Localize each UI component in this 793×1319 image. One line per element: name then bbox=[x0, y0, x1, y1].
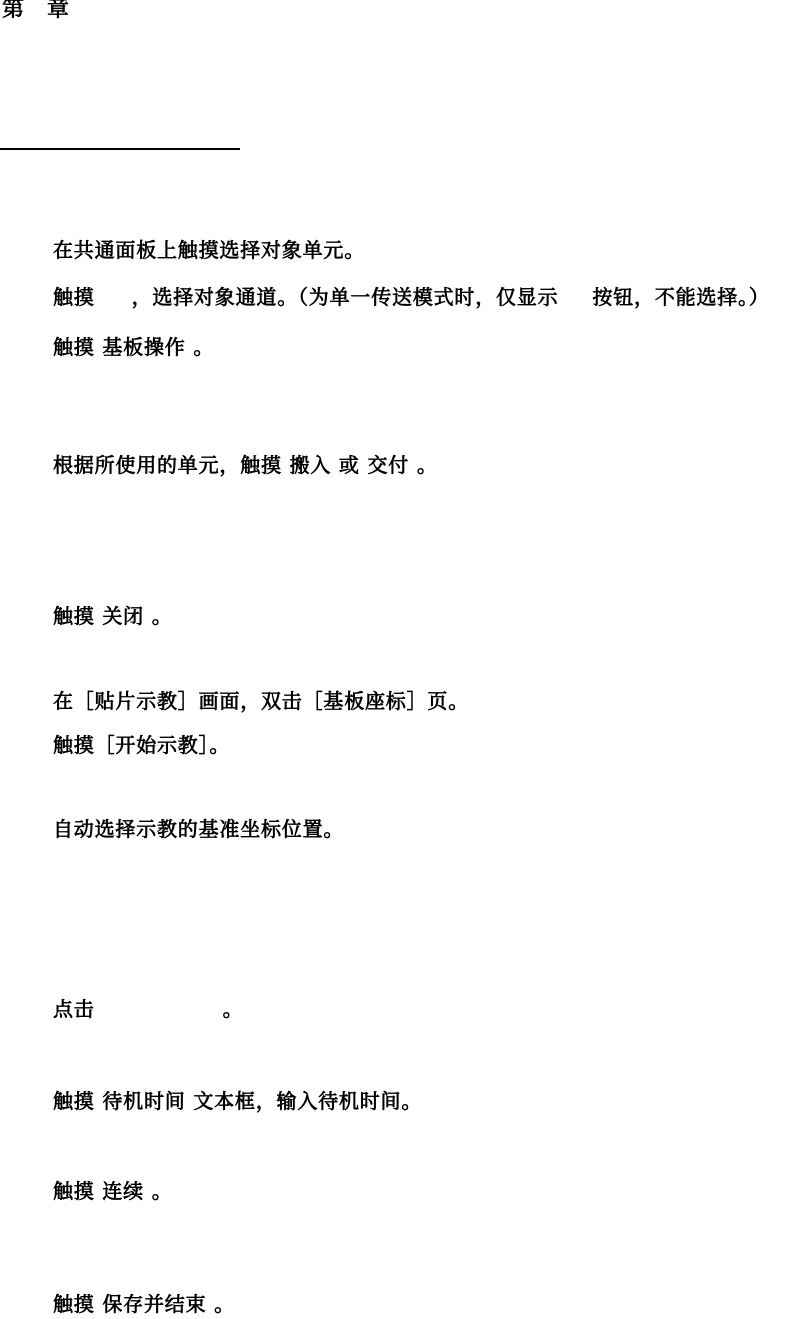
text-segment: 。 bbox=[223, 997, 244, 1021]
text-segment: 在［贴片示教］画面，双击［基板座标］页。 bbox=[53, 689, 469, 713]
text-segment: 自动选择示教的基准坐标位置。 bbox=[53, 817, 344, 841]
section-divider-line bbox=[0, 148, 240, 150]
line-open-board-coords-tab: 在［贴片示教］画面，双击［基板座标］页。 bbox=[53, 690, 469, 713]
text-segment: 触摸［开始示教］。 bbox=[53, 733, 230, 757]
line-input-standby-time: 触摸 待机时间 文本框，输入待机时间。 bbox=[53, 1090, 422, 1113]
line-select-channel: 触摸，选择对象通道。（为单一传送模式时，仅显示按钮，不能选择。） bbox=[53, 286, 770, 309]
text-segment: 在共通面板上触摸选择对象单元。 bbox=[53, 238, 365, 262]
line-touch-continue: 触摸 连续 。 bbox=[53, 1180, 173, 1203]
line-auto-select-reference-position: 自动选择示教的基准坐标位置。 bbox=[53, 818, 344, 841]
line-select-unit: 在共通面板上触摸选择对象单元。 bbox=[53, 239, 365, 262]
text-segment: 触摸 bbox=[53, 285, 95, 309]
line-touch-save-and-end: 触摸 保存并结束 。 bbox=[53, 1293, 235, 1316]
line-click-placeholder: 点击。 bbox=[53, 998, 243, 1021]
text-segment: 点击 bbox=[53, 997, 95, 1021]
text-segment: 触摸 待机时间 文本框，输入待机时间。 bbox=[53, 1089, 422, 1113]
line-touch-loadin-or-delivery: 根据所使用的单元，触摸 搬入 或 交付 。 bbox=[53, 454, 438, 477]
line-touch-board-operation: 触摸 基板操作 。 bbox=[53, 336, 214, 359]
text-segment: 触摸 保存并结束 。 bbox=[53, 1292, 235, 1316]
text-segment: 按钮，不能选择。） bbox=[592, 285, 769, 309]
text-segment: 根据所使用的单元，触摸 搬入 或 交付 。 bbox=[53, 453, 438, 477]
line-touch-start-teaching: 触摸［开始示教］。 bbox=[53, 734, 230, 757]
inline-image-placeholder bbox=[95, 1015, 223, 1016]
text-segment: 触摸 连续 。 bbox=[53, 1179, 173, 1203]
chapter-heading: 第 章 bbox=[2, 0, 70, 22]
document-page: 第 章 在共通面板上触摸选择对象单元。触摸，选择对象通道。（为单一传送模式时，仅… bbox=[0, 0, 793, 1319]
inline-image-placeholder bbox=[95, 303, 132, 304]
text-segment: 触摸 关闭 。 bbox=[53, 604, 173, 628]
line-touch-close: 触摸 关闭 。 bbox=[53, 605, 173, 628]
text-segment: ，选择对象通道。（为单一传送模式时，仅显示 bbox=[132, 285, 559, 309]
text-segment: 触摸 基板操作 。 bbox=[53, 335, 214, 359]
inline-image-placeholder bbox=[558, 303, 592, 304]
